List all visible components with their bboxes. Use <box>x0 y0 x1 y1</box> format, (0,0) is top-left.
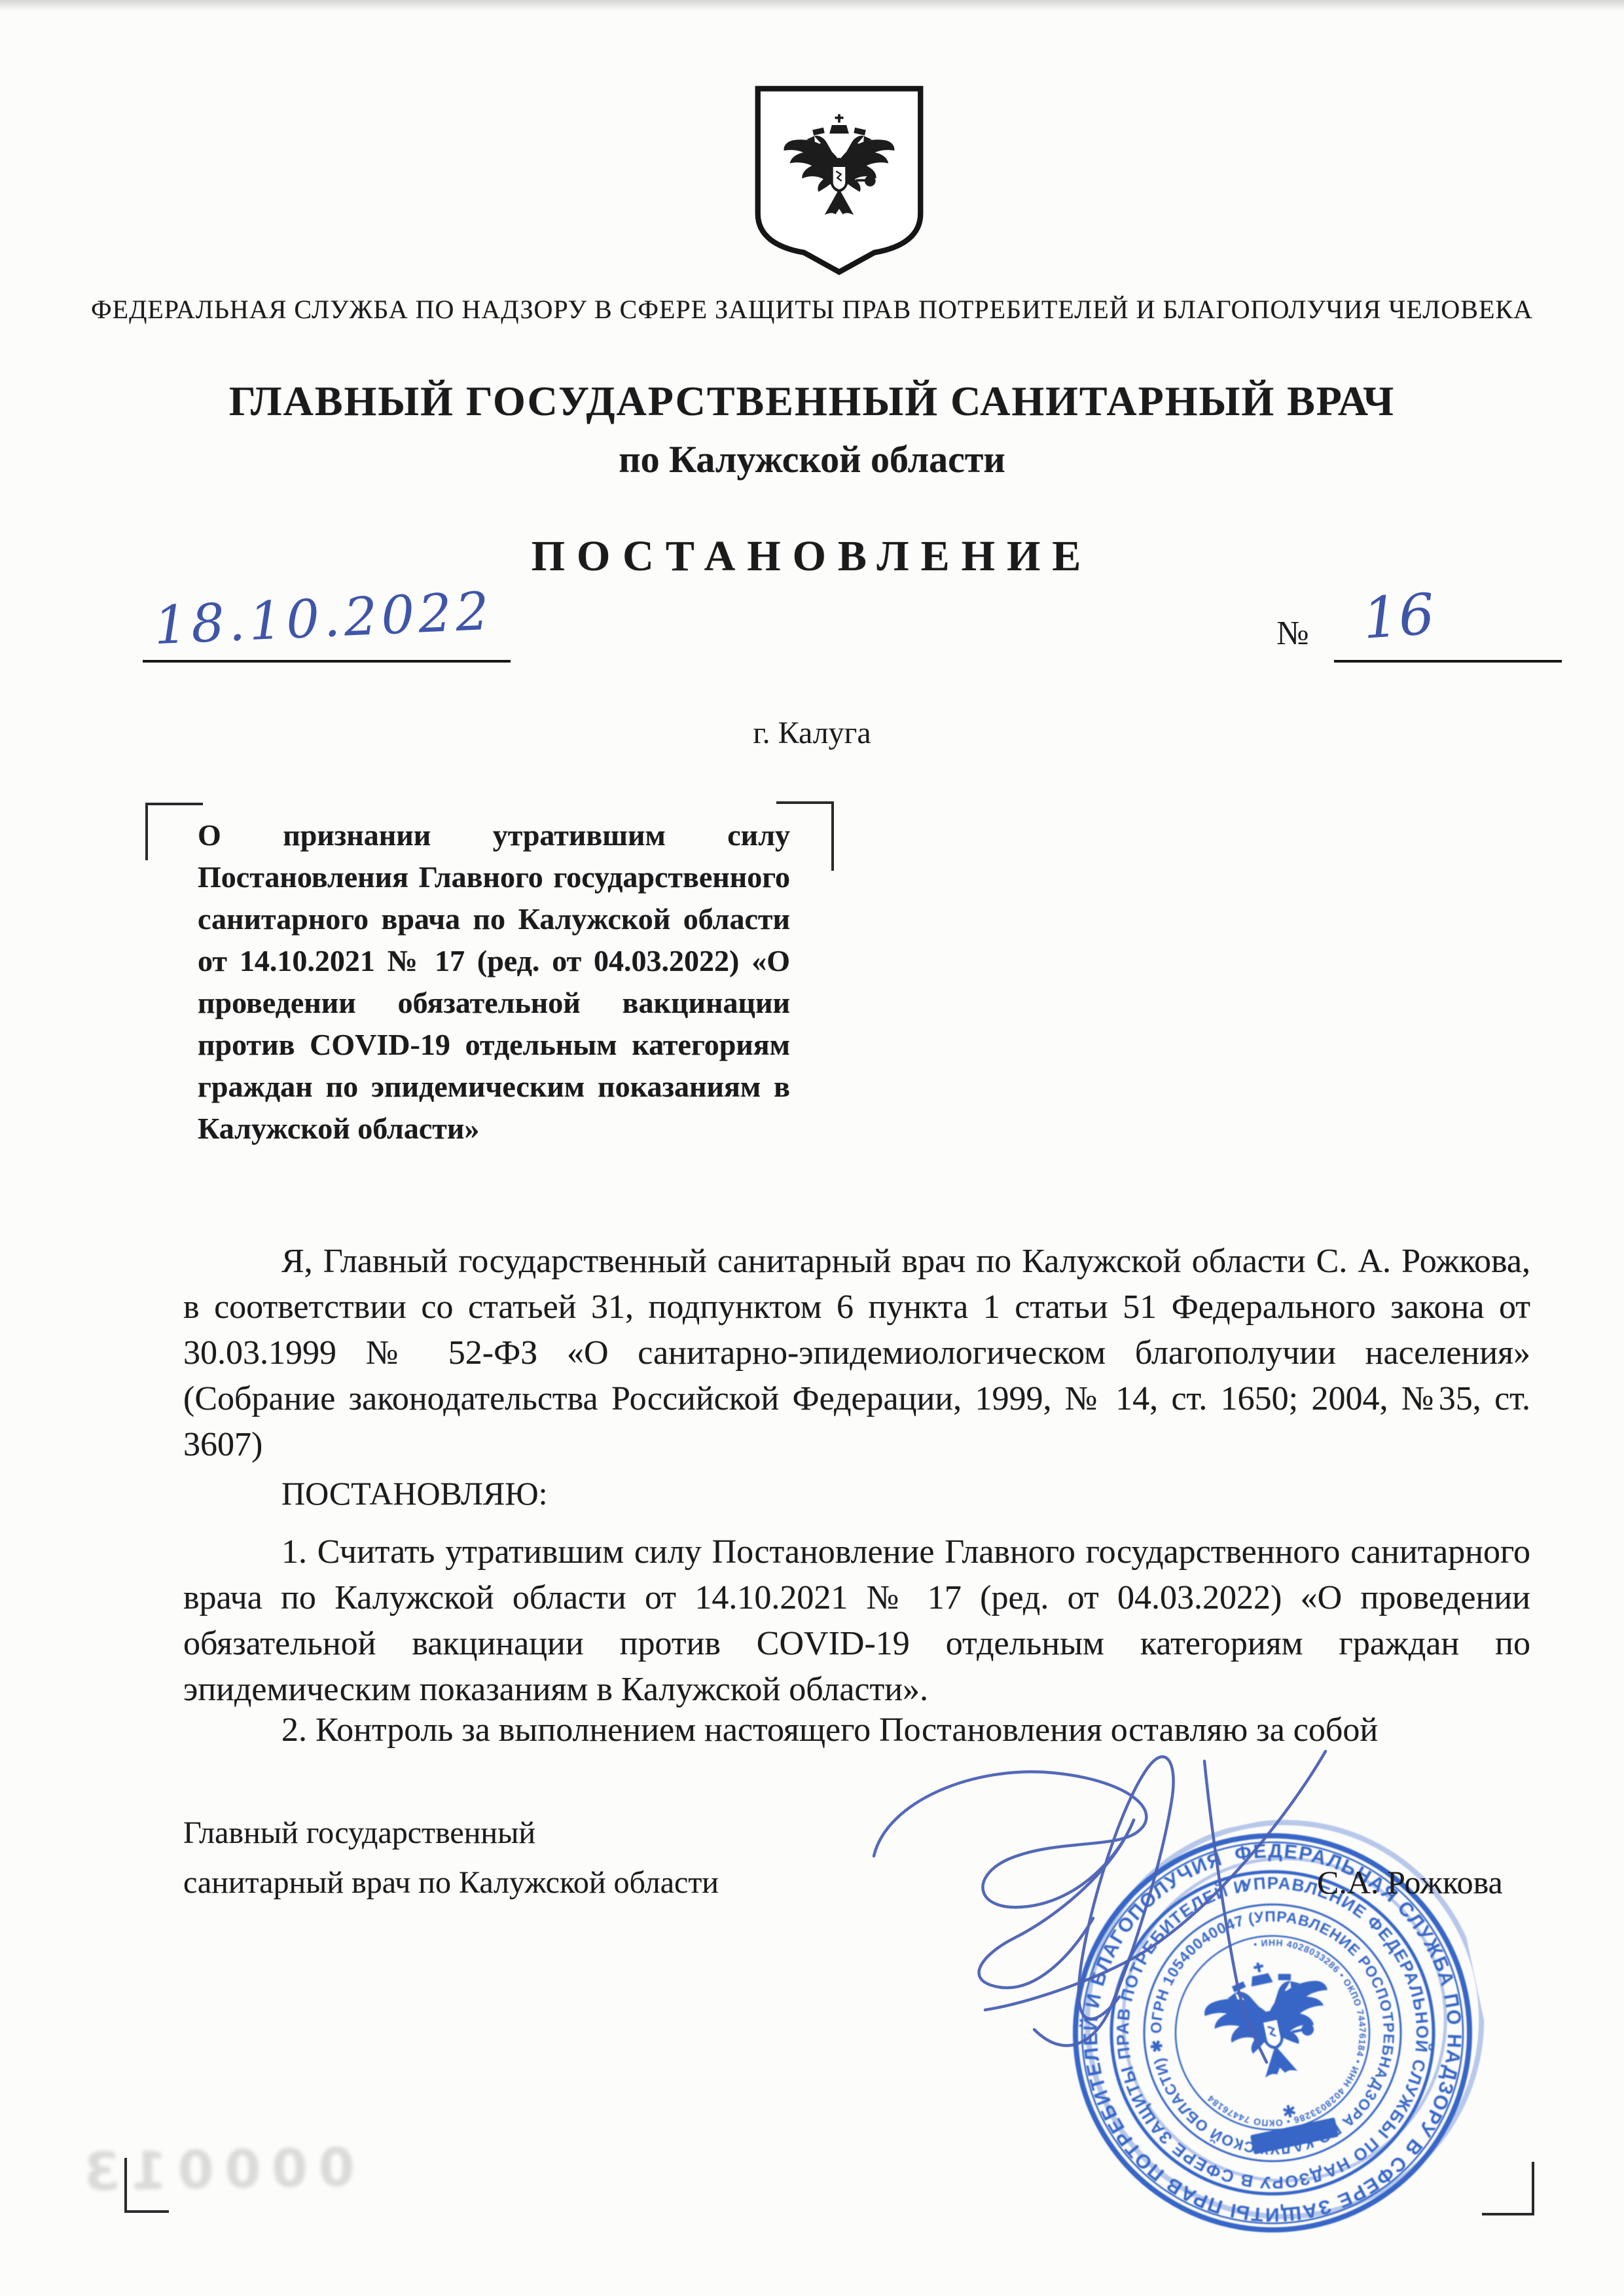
preamble-paragraph: Я, Главный государственный санитарный вр… <box>183 1239 1530 1468</box>
signer-position-line1: Главный государственный <box>183 1815 535 1851</box>
document-type-title: ПОСТАНОВЛЕНИЕ <box>0 532 1624 581</box>
handwritten-signature <box>838 1722 1427 2088</box>
agency-name: ФЕДЕРАЛЬНАЯ СЛУЖБА ПО НАДЗОРУ В СФЕРЕ ЗА… <box>65 293 1559 326</box>
signer-position-line2: санитарный врач по Калужской области <box>183 1865 719 1901</box>
document-subject: О признании утратившим силу Постановлени… <box>198 814 790 1150</box>
resolution-item-1: 1. Считать утратившим силу Постановление… <box>183 1529 1530 1713</box>
number-underline <box>1334 660 1562 663</box>
scanned-document-page: ФЕДЕРАЛЬНАЯ СЛУЖБА ПО НАДЗОРУ В СФЕРЕ ЗА… <box>0 0 1624 2296</box>
date-underline <box>143 660 511 663</box>
authority-region: по Калужской области <box>0 437 1624 481</box>
scan-edge-shadow <box>0 0 1624 10</box>
handwritten-date: 18.10.2022 <box>153 581 494 657</box>
subject-corner-mark-top-left <box>145 803 203 860</box>
authority-title: ГЛАВНЫЙ ГОСУДАРСТВЕННЫЙ САНИТАРНЫЙ ВРАЧ <box>0 377 1624 426</box>
handwritten-number: 16 <box>1361 581 1437 651</box>
resolve-word: ПОСТАНОВЛЯЮ: <box>281 1474 548 1512</box>
place-line: г. Калуга <box>0 715 1624 751</box>
signer-name: С.А. Рожкова <box>1317 1863 1503 1901</box>
bleed-through-number: 000013 <box>73 2137 355 2202</box>
russia-coat-of-arms-icon <box>744 84 935 284</box>
number-sign: № <box>1276 614 1309 653</box>
